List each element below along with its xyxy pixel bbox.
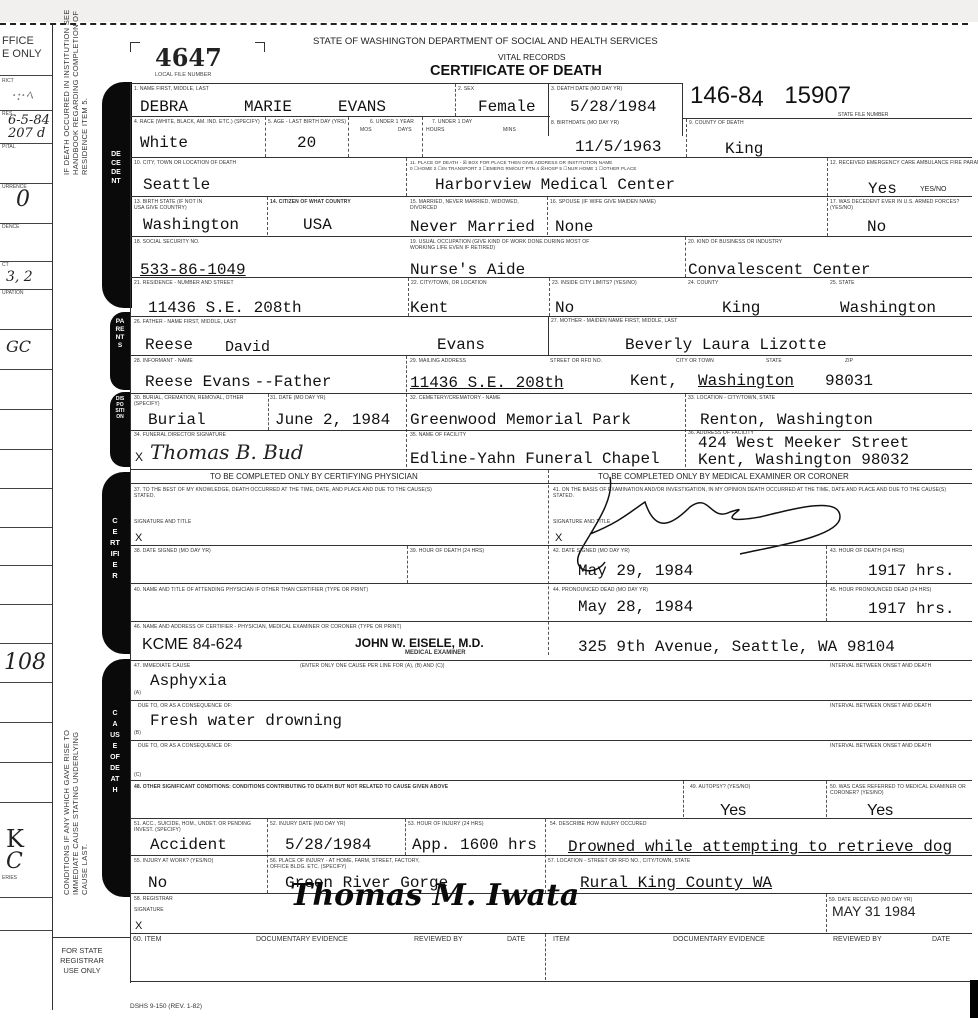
- armed-forces: No: [867, 218, 886, 236]
- vital-records-label: VITAL RECORDS: [498, 52, 566, 62]
- file-number-bracket: [255, 42, 265, 52]
- injury-description: Drowned while attempting to retrieve dog: [568, 838, 952, 856]
- office-use-label: FFICE E ONLY: [2, 35, 42, 61]
- mother-name: Beverly Laura Lizotte: [625, 336, 827, 354]
- decedent-race: White: [140, 134, 188, 152]
- scan-edge-mark: [970, 980, 978, 1018]
- citizenship: USA: [303, 216, 332, 234]
- me-hour-of-death: 1917 hrs.: [868, 562, 954, 580]
- mailing-street: 11436 S.E. 208th: [410, 374, 564, 392]
- mailing-state: Washington: [698, 372, 794, 390]
- funeral-director-signature: Thomas B. Bud: [150, 440, 304, 464]
- place-of-death: Harborview Medical Center: [435, 176, 675, 194]
- date-received-stamp: MAY 31 1984: [832, 903, 916, 919]
- residence-city: Kent: [410, 299, 448, 317]
- immediate-cause: Asphyxia: [150, 672, 227, 690]
- decedent-first-name: DEBRA: [140, 98, 188, 116]
- city-of-death: Seattle: [143, 176, 210, 194]
- injury-location: Rural King County WA: [580, 874, 772, 892]
- registrar-use-only: FOR STATE REGISTRAR USE ONLY: [56, 946, 108, 976]
- marital-status: Never Married: [410, 218, 535, 236]
- mailing-zip: 98031: [825, 372, 873, 390]
- certifier-title-stamp: MEDICAL EXAMINER: [405, 650, 466, 656]
- decedent-middle-name: MARIE: [244, 98, 292, 116]
- decedent-age: 20: [297, 134, 316, 152]
- residence-county: King: [722, 299, 760, 317]
- certifier-name-stamp: JOHN W. EISELE, M.D.: [355, 636, 484, 650]
- me-date-signed: May 29, 1984: [578, 562, 693, 580]
- cemetery: Greenwood Memorial Park: [410, 411, 631, 429]
- left-margin: FFICE E ONLY RICT ·:·ﾍ RES 6-5-84 207 d …: [0, 25, 60, 1005]
- facility-address-1: 424 West Meeker Street: [698, 434, 909, 452]
- manner-of-death: Accident: [150, 836, 227, 854]
- institution-note: IF DEATH OCCURRED IN INSTITUTION SEE: [62, 9, 71, 175]
- disposition-date: June 2, 1984: [275, 411, 390, 429]
- birth-state: Washington: [143, 216, 239, 234]
- conditions-note: CONDITIONS IF ANY WHICH GAVE RISE TO: [62, 730, 71, 895]
- injury-at-work: No: [148, 874, 167, 892]
- certifier-address: 325 9th Avenue, Seattle, WA 98104: [578, 638, 895, 656]
- birthdate: 11/5/1963: [575, 138, 661, 156]
- county-of-death: King: [725, 140, 763, 158]
- injury-hour: App. 1600 hrs: [412, 836, 537, 854]
- residence: 11436 S.E. 208th: [148, 299, 302, 317]
- scan-top-band: [0, 0, 978, 22]
- physician-header: TO BE COMPLETED ONLY BY CERTIFYING PHYSI…: [210, 472, 418, 481]
- state-file-number: 146-84 15907: [690, 82, 851, 110]
- local-file-label: LOCAL FILE NUMBER: [155, 72, 211, 78]
- inside-city-limits: No: [555, 299, 574, 317]
- form-number: DSHS 9-150 (REV. 1-82): [130, 1003, 202, 1010]
- pronounced-dead-date: May 28, 1984: [578, 598, 693, 616]
- disposition-method: Burial: [148, 411, 206, 429]
- tab-decedent: [102, 82, 132, 308]
- underlying-cause-b: Fresh water drowning: [150, 712, 342, 730]
- spouse: None: [555, 218, 593, 236]
- pronounced-dead-hour: 1917 hrs.: [868, 600, 954, 618]
- death-date: 5/28/1984: [570, 98, 656, 116]
- agency-title: STATE OF WASHINGTON DEPARTMENT OF SOCIAL…: [313, 36, 658, 47]
- facility-address-2: Kent, Washington 98032: [698, 451, 909, 469]
- injury-date: 5/28/1984: [285, 836, 371, 854]
- residence-state: Washington: [840, 299, 936, 317]
- informant-name: Reese Evans--Father: [145, 373, 331, 391]
- father-last-name: Evans: [437, 336, 485, 354]
- father-first-name: Reese: [145, 336, 193, 354]
- certificate-title: CERTIFICATE OF DEATH: [430, 63, 602, 79]
- facility-name: Edline-Yahn Funeral Chapel: [410, 450, 660, 468]
- decedent-sex: Female: [478, 98, 536, 116]
- mailing-city: Kent,: [630, 372, 678, 390]
- decedent-last-name: EVANS: [338, 98, 386, 116]
- local-file-number: 4647: [155, 43, 222, 72]
- perforation-line: [0, 23, 968, 25]
- case-number: KCME 84-624: [142, 636, 243, 654]
- registrar-signature: Thomas M. Iwata: [290, 878, 579, 913]
- cemetery-location: Renton, Washington: [700, 411, 873, 429]
- file-number-bracket: [130, 42, 140, 52]
